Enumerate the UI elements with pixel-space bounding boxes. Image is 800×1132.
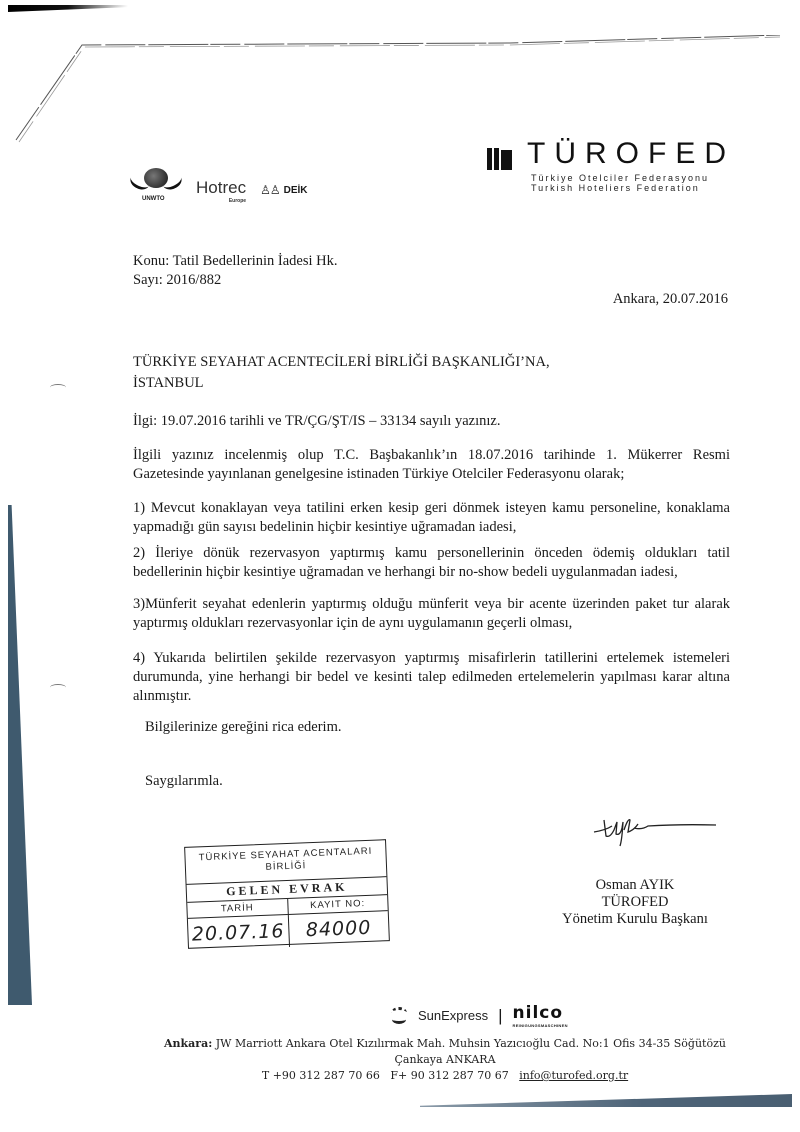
punch-hole-mark [50,684,66,691]
stamp-record-value: 84000 [287,911,389,947]
organization-subtitle-en: Turkish Hoteliers Federation [531,183,700,193]
signatory-title: Yönetim Kurulu Başkanı [560,910,710,929]
decision-item-3: 3)Münferit seyahat edenlerin yaptırmış o… [133,595,730,633]
sunexpress-sun-icon [390,1007,408,1025]
decision-item-4: 4) Yukarıda belirtilen şekilde rezervasy… [133,649,730,706]
deik-logo: ♙♙ DEİK [260,184,307,204]
sponsor-logos: SunExpress | nilco REINIGUNGSMASCHINEN [390,1003,568,1028]
email-link[interactable]: info@turofed.org.tr [519,1069,628,1082]
closing-request: Bilgilerinize gereğini rica ederim. [145,718,341,737]
salutation: Saygılarımla. [145,772,223,791]
phone-number: T +90 312 287 70 66 [262,1069,380,1082]
incoming-document-stamp: TÜRKİYE SEYAHAT ACENTALARI BİRLİĞİ GELEN… [184,839,390,949]
recipient-line: TÜRKİYE SEYAHAT ACENTECİLERİ BİRLİĞİ BAŞ… [133,353,550,372]
reference-line: İlgi: 19.07.2016 tarihli ve TR/ÇG/ŞT/IS … [133,412,500,431]
punch-hole-mark [50,384,66,391]
turofed-mark-icon [487,148,512,170]
scan-edge-artifact [420,1094,792,1107]
organization-subtitle-tr: Türkiye Otelciler Federasyonu [531,173,709,183]
footer-address: Ankara: JW Marriott Ankara Otel Kızılırm… [150,1036,740,1084]
sunexpress-logo: SunExpress [418,1008,488,1023]
place-date: Ankara, 20.07.2016 [613,290,728,309]
nilco-logo: nilco REINIGUNGSMASCHINEN [513,1003,568,1028]
hotrec-logo: Hotrec Europe [196,179,246,204]
organization-name: TÜROFED [527,138,735,170]
decision-item-2: 2) İleriye dönük rezervasyon yaptırmış k… [133,544,730,582]
partner-logos: UNWTO Hotrec Europe ♙♙ DEİK [130,158,350,204]
scan-edge-artifact [8,5,128,12]
recipient-city: İSTANBUL [133,374,204,393]
stamp-date-value: 20.07.16 [188,915,289,951]
unwto-logo: UNWTO [130,164,182,204]
document-number: Sayı: 2016/882 [133,271,221,290]
handwritten-signature [590,808,720,848]
people-figures-icon: ♙♙ [260,184,280,196]
scan-edge-artifact [8,505,32,1005]
subject-line: Konu: Tatil Bedellerinin İadesi Hk. [133,252,338,271]
page-fold-line [10,35,790,145]
decision-item-1: 1) Mevcut konaklayan veya tatilini erken… [133,499,730,537]
intro-paragraph: İlgili yazınız incelenmiş olup T.C. Başb… [133,446,730,484]
fax-number: F+ 90 312 287 70 67 [390,1069,508,1082]
address-text: JW Marriott Ankara Otel Kızılırmak Mah. … [216,1037,726,1066]
